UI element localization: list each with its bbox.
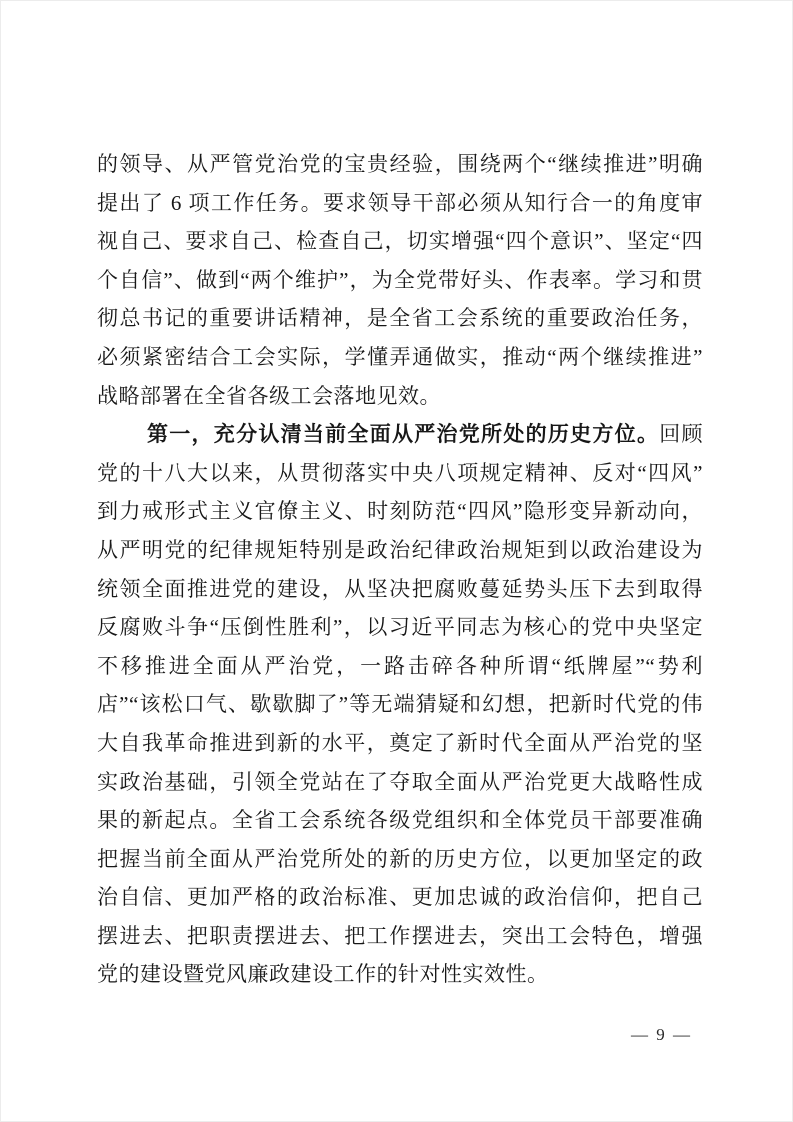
text-line: 店”“该松口气、歇歇脚了”等无端猜疑和幻想，把新时代党的伟 <box>97 685 703 724</box>
text-line: 党的建设暨党风廉政建设工作的针对性实效性。 <box>97 955 703 994</box>
paragraph-1: 的领导、从严管党治党的宝贵经验，围绕两个“继续推进”明确 提出了 6 项工作任务… <box>97 145 703 415</box>
text-line: 个自信”、做到“两个维护”，为全党带好头、作表率。学习和贯 <box>97 261 703 300</box>
text-line: 治自信、更加严格的政治标准、更加忠诚的政治信仰，把自己 <box>97 878 703 917</box>
section-heading-bold: 第一，充分认清当前全面从严治党所处的历史方位。 <box>147 422 659 446</box>
document-page: 的领导、从严管党治党的宝贵经验，围绕两个“继续推进”明确 提出了 6 项工作任务… <box>0 0 793 1122</box>
text-line: 把握当前全面从严治党所处的新的历史方位，以更加坚定的政 <box>97 840 703 879</box>
text-line: 战略部署在全省各级工会落地见效。 <box>97 377 703 416</box>
text-line: 统领全面推进党的建设，从坚决把腐败蔓延势头压下去到取得 <box>97 570 703 609</box>
paragraph-2: 第一，充分认清当前全面从严治党所处的历史方位。回顾 党的十八大以来，从贯彻落实中… <box>97 415 703 994</box>
text-line: 反腐败斗争“压倒性胜利”，以习近平同志为核心的党中央坚定 <box>97 608 703 647</box>
text-line: 实政治基础，引领全党站在了夺取全面从严治党更大战略性成 <box>97 763 703 802</box>
text-line: 彻总书记的重要讲话精神，是全省工会系统的重要政治任务， <box>97 299 703 338</box>
text-line: 摆进去、把职责摆进去、把工作摆进去，突出工会特色，增强 <box>97 917 703 956</box>
text-line: 到力戒形式主义官僚主义、时刻防范“四风”隐形变异新动向， <box>97 492 703 531</box>
text-line: 党的十八大以来，从贯彻落实中央八项规定精神、反对“四风” <box>97 454 703 493</box>
text-line: 必须紧密结合工会实际，学懂弄通做实，推动“两个继续推进” <box>97 338 703 377</box>
text-line: 从严明党的纪律规矩特别是政治纪律政治规矩到以政治建设为 <box>97 531 703 570</box>
text-line: 视自己、要求自己、检查自己，切实增强“四个意识”、坚定“四 <box>97 222 703 261</box>
text-block: 的领导、从严管党治党的宝贵经验，围绕两个“继续推进”明确 提出了 6 项工作任务… <box>97 145 703 994</box>
text-line: 提出了 6 项工作任务。要求领导干部必须从知行合一的角度审 <box>97 184 703 223</box>
text-line: 不移推进全面从严治党，一路击碎各种所谓“纸牌屋”“势利 <box>97 647 703 686</box>
text-line: 果的新起点。全省工会系统各级党组织和全体党员干部要准确 <box>97 801 703 840</box>
text-line: 大自我革命推进到新的水平，奠定了新时代全面从严治党的坚 <box>97 724 703 763</box>
heading-line-rest: 回顾 <box>659 422 703 446</box>
text-line: 第一，充分认清当前全面从严治党所处的历史方位。回顾 <box>97 415 703 454</box>
page-number: — 9 — <box>631 1025 692 1045</box>
text-line: 的领导、从严管党治党的宝贵经验，围绕两个“继续推进”明确 <box>97 145 703 184</box>
